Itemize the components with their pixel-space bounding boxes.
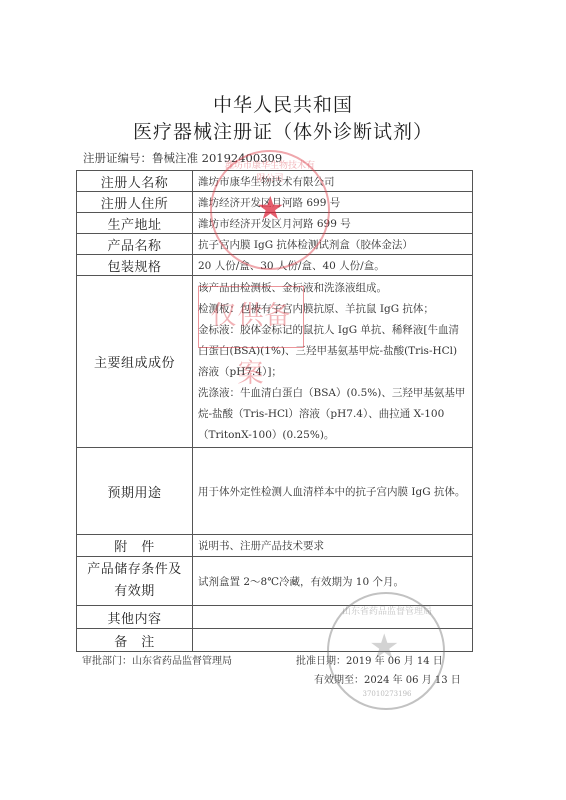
composition-line: 洗涤液：牛血清白蛋白（BSA）(0.5%)、三羟甲基氨基甲 [198,383,472,404]
storage-conditions: 试剂盒置 2～8℃冷藏，有效期为 10 个月。 [193,557,473,606]
other-content [193,606,473,629]
composition-line: 金标液：胶体金标记的鼠抗人 IgG 单抗、稀释液[牛血清 [198,320,472,341]
registration-number: 注册证编号：鲁械注准 20192400309 [83,150,282,166]
composition-line: 检测板：包被有子宫内膜抗原、羊抗鼠 IgG 抗体； [198,299,472,320]
composition-line: 溶液（pH7.4）]； [198,362,472,383]
storage-label-line2: 有效期 [77,581,192,603]
table-row: 主要组成成份 该产品由检测板、金标液和洗涤液组成。 检测板：包被有子宫内膜抗原、… [77,276,473,448]
table-row: 产品名称 抗子宫内膜 IgG 抗体检测试剂盒（胶体金法） [77,234,473,255]
registrant-name: 潍坊市康华生物技术有限公司 [193,171,473,192]
table-row: 产品储存条件及 有效期 试剂盒置 2～8℃冷藏，有效期为 10 个月。 [77,557,473,606]
remarks [193,629,473,652]
table-row: 注册人住所 潍坊经济开发区月河路 699 号 [77,192,473,213]
document-title-country: 中华人民共和国 [0,90,566,117]
table-row: 附 件 说明书、注册产品技术要求 [77,535,473,557]
product-name: 抗子宫内膜 IgG 抗体检测试剂盒（胶体金法） [193,234,473,255]
row-label: 生产地址 [77,213,193,234]
intended-use: 用于体外定性检测人血清样本中的抗子宫内膜 IgG 抗体。 [193,448,473,535]
composition-line: （TritonX-100）(0.25%)。 [198,425,472,446]
table-row: 备 注 [77,629,473,652]
row-label: 产品名称 [77,234,193,255]
row-label: 包装规格 [77,255,193,276]
row-label: 产品储存条件及 有效期 [77,557,193,606]
table-row: 注册人名称 潍坊市康华生物技术有限公司 [77,171,473,192]
registration-number-label: 注册证编号： [83,151,152,165]
approval-date: 批准日期：2019 年 06 月 14 日 [296,652,443,667]
row-label: 主要组成成份 [77,276,193,448]
valid-until-date: 有效期至：2024 年 06 月 13 日 [314,671,461,686]
storage-label-line1: 产品储存条件及 [77,559,192,581]
row-label: 预期用途 [77,448,193,535]
composition-line: 白蛋白(BSA)(1%)、三羟甲基氨基甲烷-盐酸(Tris-HCl) [198,341,472,362]
registrant-address: 潍坊经济开发区月河路 699 号 [193,192,473,213]
row-label: 注册人名称 [77,171,193,192]
composition: 该产品由检测板、金标液和洗涤液组成。 检测板：包被有子宫内膜抗原、羊抗鼠 IgG… [193,276,473,448]
document-title-certificate: 医疗器械注册证（体外诊断试剂） [0,117,566,144]
registration-number-value: 鲁械注准 20192400309 [152,151,282,165]
authority-seal-code: 37010273196 [347,690,427,698]
composition-line: 烷-盐酸（Tris-HCl）溶液（pH7.4）、曲拉通 X-100 [198,404,472,425]
table-row: 生产地址 潍坊市经济开发区月河路 699 号 [77,213,473,234]
approval-department: 审批部门：山东省药品监督管理局 [82,652,232,667]
row-label: 其他内容 [77,606,193,629]
row-label: 注册人住所 [77,192,193,213]
composition-line: 该产品由检测板、金标液和洗涤液组成。 [198,278,472,299]
row-label: 附 件 [77,535,193,557]
row-label: 备 注 [77,629,193,652]
certificate-table: 注册人名称 潍坊市康华生物技术有限公司 注册人住所 潍坊经济开发区月河路 699… [76,170,473,652]
attachments: 说明书、注册产品技术要求 [193,535,473,557]
production-address: 潍坊市经济开发区月河路 699 号 [193,213,473,234]
table-row: 包装规格 20 人份/盒、30 人份/盒、40 人份/盒。 [77,255,473,276]
package-spec: 20 人份/盒、30 人份/盒、40 人份/盒。 [193,255,473,276]
table-row: 预期用途 用于体外定性检测人血清样本中的抗子宫内膜 IgG 抗体。 [77,448,473,535]
table-row: 其他内容 [77,606,473,629]
